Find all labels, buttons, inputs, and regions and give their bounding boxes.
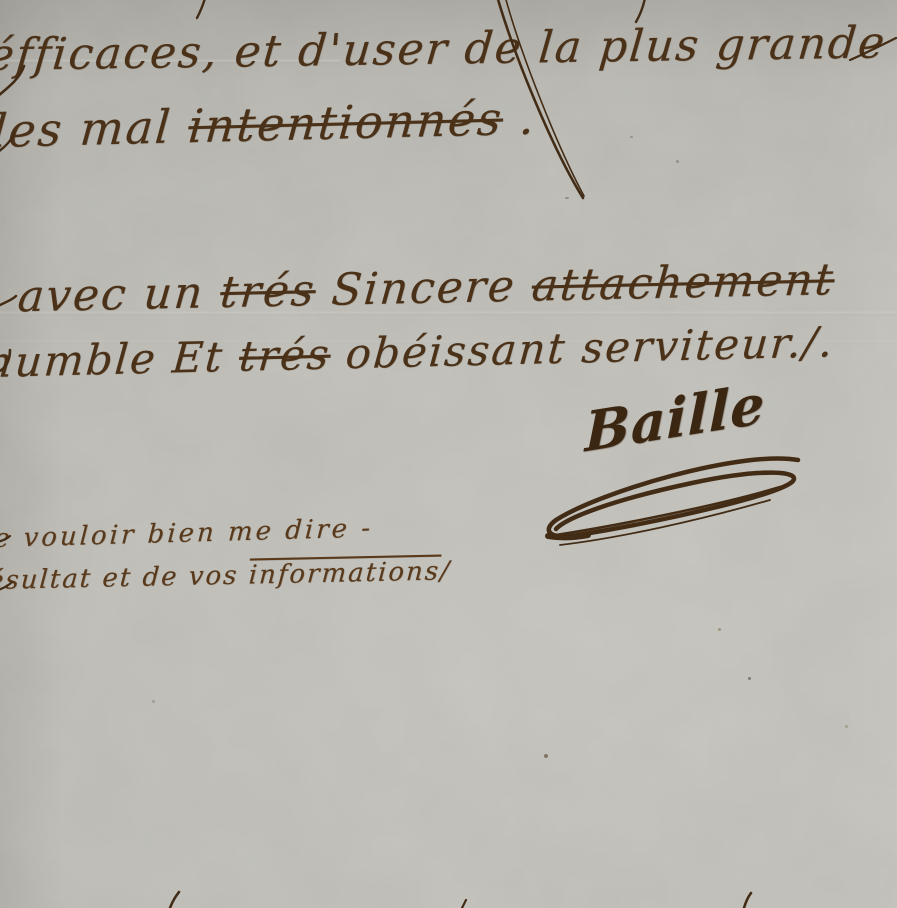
- text-segment: humble Et: [0, 332, 241, 387]
- text-segment: .: [501, 91, 539, 146]
- text-segment: attachement: [530, 254, 837, 311]
- text-segment: trés: [237, 330, 332, 381]
- text-segment: intentionnés: [186, 91, 505, 153]
- text-segment: Sincere: [314, 261, 535, 317]
- text-segment: ésultat et de vos: [0, 561, 250, 597]
- text-segment: les mal: [0, 99, 191, 158]
- text-segment: informations: [248, 557, 441, 591]
- text-segment: trés: [218, 265, 318, 318]
- text-segment: /: [439, 556, 452, 586]
- text-segment: , avec un: [0, 267, 223, 323]
